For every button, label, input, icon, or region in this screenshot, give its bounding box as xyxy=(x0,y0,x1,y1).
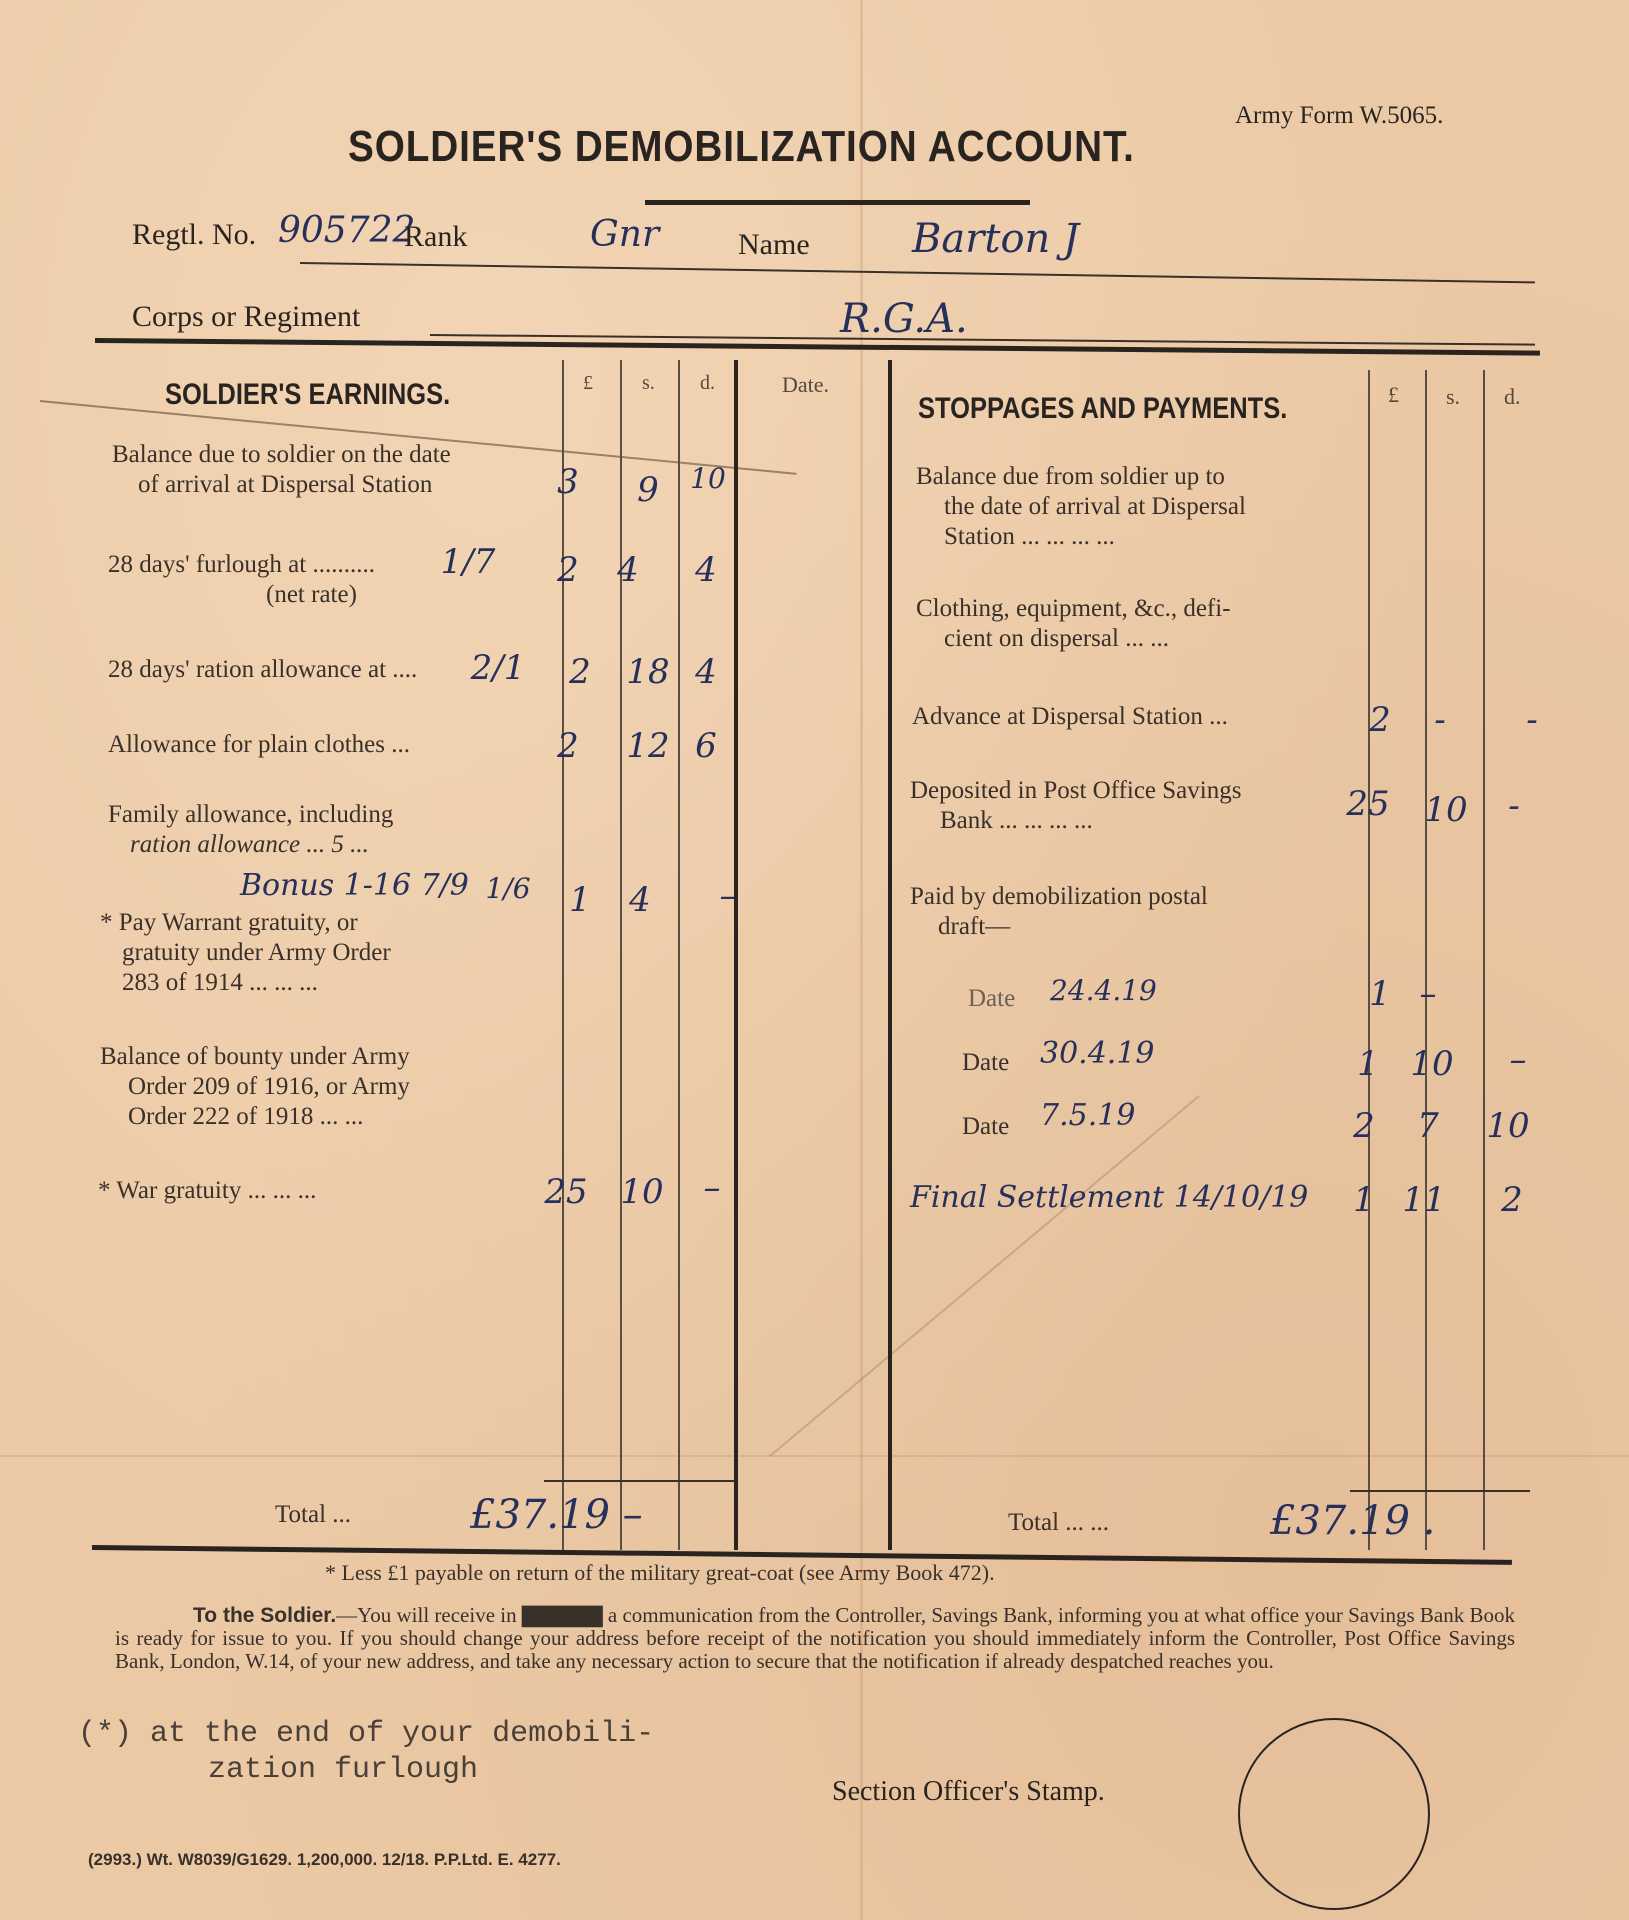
corps-label: Corps or Regiment xyxy=(132,300,360,334)
earnings-total-label: Total ... xyxy=(275,1500,351,1530)
amount-pounds: 2 xyxy=(1352,700,1408,740)
amount-pounds: 2 xyxy=(1336,1106,1392,1146)
column-header-pounds: £ xyxy=(1388,382,1399,408)
typed-note-line1: (*) at the end of your demobili- xyxy=(78,1716,654,1752)
bonus-note: Bonus 1-16 7/9 xyxy=(240,868,469,903)
printer-imprint: (2993.) Wt. W8039/G1629. 1,200,000. 12/1… xyxy=(88,1850,561,1870)
earnings-heading: SOLDIER'S EARNINGS. xyxy=(165,378,450,412)
table-top-rule xyxy=(95,338,1540,356)
title-underline xyxy=(645,200,1030,205)
earnings-row-label: * War gratuity ... ... ... xyxy=(98,1176,538,1206)
amount-pounds: 2 xyxy=(552,652,608,692)
column-divider xyxy=(1425,370,1427,1550)
name-value: Barton J xyxy=(912,216,1079,262)
form-number: Army Form W.5065. xyxy=(1235,102,1443,130)
draft-date-value: 7.5.19 xyxy=(1040,1098,1135,1133)
column-header-pence: d. xyxy=(1504,384,1521,410)
column-divider xyxy=(1483,370,1485,1550)
rate-value: 2/1 xyxy=(470,648,526,688)
amount-pounds: 25 xyxy=(538,1172,594,1212)
amount-shillings: 10 xyxy=(614,1172,670,1212)
amount-shillings: 12 xyxy=(620,726,676,766)
amount-pounds: 1 xyxy=(1336,1180,1392,1220)
column-divider xyxy=(888,360,892,1550)
column-divider xyxy=(1368,370,1370,1550)
stoppages-heading: STOPPAGES AND PAYMENTS. xyxy=(918,392,1287,426)
details-underline xyxy=(300,262,1535,283)
stoppages-total-label: Total ... ... xyxy=(1008,1508,1109,1538)
paper-fold xyxy=(0,1455,1629,1457)
total-rule xyxy=(544,1480,734,1482)
amount-pounds: 25 xyxy=(1340,784,1396,824)
amount-pence: – xyxy=(1490,1040,1546,1080)
document-page: Army Form W.5065. SOLDIER'S DEMOBILIZATI… xyxy=(0,0,1629,1920)
column-divider xyxy=(562,360,564,1550)
amount-pence: – xyxy=(684,1168,740,1208)
earnings-row-label: * Pay Warrant gratuity, orgratuity under… xyxy=(100,908,540,998)
rate-value: 1/7 xyxy=(440,542,496,582)
regtl-no-value: 905722 xyxy=(278,210,415,251)
column-divider xyxy=(734,360,738,1550)
name-label: Name xyxy=(738,228,810,262)
stoppages-row-label: Advance at Dispersal Station ... xyxy=(912,702,1352,732)
stoppages-total-value: £37.19 . xyxy=(1270,1498,1435,1544)
amount-pence: - xyxy=(1486,786,1542,826)
typed-note-line2: zation furlough xyxy=(208,1752,478,1788)
amount-shillings: 9 xyxy=(620,470,676,510)
column-header-date: Date. xyxy=(782,372,829,398)
draft-date-label: Date xyxy=(968,984,1015,1014)
amount-pence: – xyxy=(700,876,756,916)
amount-pounds: 2 xyxy=(540,726,596,766)
stoppages-row-label: Clothing, equipment, &c., defi-cient on … xyxy=(916,594,1346,654)
amount-pence: 4 xyxy=(678,550,734,590)
earnings-row-label: Family allowance, includingration allowa… xyxy=(108,800,538,860)
amount-shillings: – xyxy=(1400,974,1456,1014)
rank-value: Gnr xyxy=(590,214,659,255)
amount-shillings: 4 xyxy=(600,550,656,590)
amount-pence: 2 xyxy=(1484,1180,1540,1220)
amount-pence: 10 xyxy=(1480,1106,1536,1146)
corps-value: R.G.A. xyxy=(840,296,968,342)
stoppages-row-label: Deposited in Post Office SavingsBank ...… xyxy=(910,776,1350,836)
notice-lead: To the Soldier. xyxy=(115,1604,336,1627)
stamp-circle xyxy=(1238,1718,1430,1910)
footnote: * Less £1 payable on return of the milit… xyxy=(325,1560,995,1586)
stoppages-row-label: Balance due from soldier up tothe date o… xyxy=(916,462,1346,552)
amount-pence: 10 xyxy=(680,462,736,495)
column-header-pounds: £ xyxy=(583,372,593,395)
paper-crease xyxy=(769,1095,1199,1456)
amount-shillings: 7 xyxy=(1400,1106,1456,1146)
stoppages-row-label: Paid by demobilization postaldraft— xyxy=(910,882,1350,942)
amount-shillings: 11 xyxy=(1396,1180,1452,1220)
earnings-row-label: Balance due to soldier on the dateof arr… xyxy=(112,440,542,500)
total-rule xyxy=(1350,1490,1530,1492)
amount-pounds: 2 xyxy=(540,550,596,590)
amount-pounds: 1 xyxy=(1340,1044,1396,1084)
draft-date-label: Date xyxy=(962,1048,1009,1078)
amount-shillings: 18 xyxy=(620,652,676,692)
amount-pounds: 3 xyxy=(540,462,596,502)
earnings-row-label: Balance of bounty under ArmyOrder 209 of… xyxy=(100,1042,540,1132)
amount-shillings: 10 xyxy=(1418,790,1474,830)
column-divider xyxy=(678,360,680,1550)
earnings-row-label: Allowance for plain clothes ... xyxy=(108,730,538,760)
rate-value: 1/6 xyxy=(480,872,536,905)
page-title: SOLDIER'S DEMOBILIZATION ACCOUNT. xyxy=(348,122,1135,172)
draft-date-label: Date xyxy=(962,1112,1009,1142)
amount-shillings: 4 xyxy=(612,880,668,920)
final-settlement-note: Final Settlement 14/10/19 xyxy=(910,1180,1308,1215)
amount-pence: - xyxy=(1504,700,1560,740)
amount-shillings: - xyxy=(1412,700,1468,740)
amount-pounds: 1 xyxy=(552,880,608,920)
earnings-total-value: £37.19 – xyxy=(470,1492,643,1538)
draft-date-value: 24.4.19 xyxy=(1050,974,1157,1007)
rank-label: Rank xyxy=(404,220,467,254)
stamp-label: Section Officer's Stamp. xyxy=(832,1776,1105,1808)
notice-paragraph: To the Soldier.—You will receive in ▇▇▇▇… xyxy=(115,1604,1515,1673)
column-header-shillings: s. xyxy=(642,372,655,395)
column-header-shillings: s. xyxy=(1446,384,1460,410)
amount-shillings: 10 xyxy=(1404,1044,1460,1084)
amount-pence: 6 xyxy=(678,726,734,766)
column-divider xyxy=(620,360,622,1550)
column-header-pence: d. xyxy=(700,372,715,395)
draft-date-value: 30.4.19 xyxy=(1040,1036,1155,1071)
regtl-no-label: Regtl. No. xyxy=(132,218,256,252)
amount-pence: 4 xyxy=(678,652,734,692)
